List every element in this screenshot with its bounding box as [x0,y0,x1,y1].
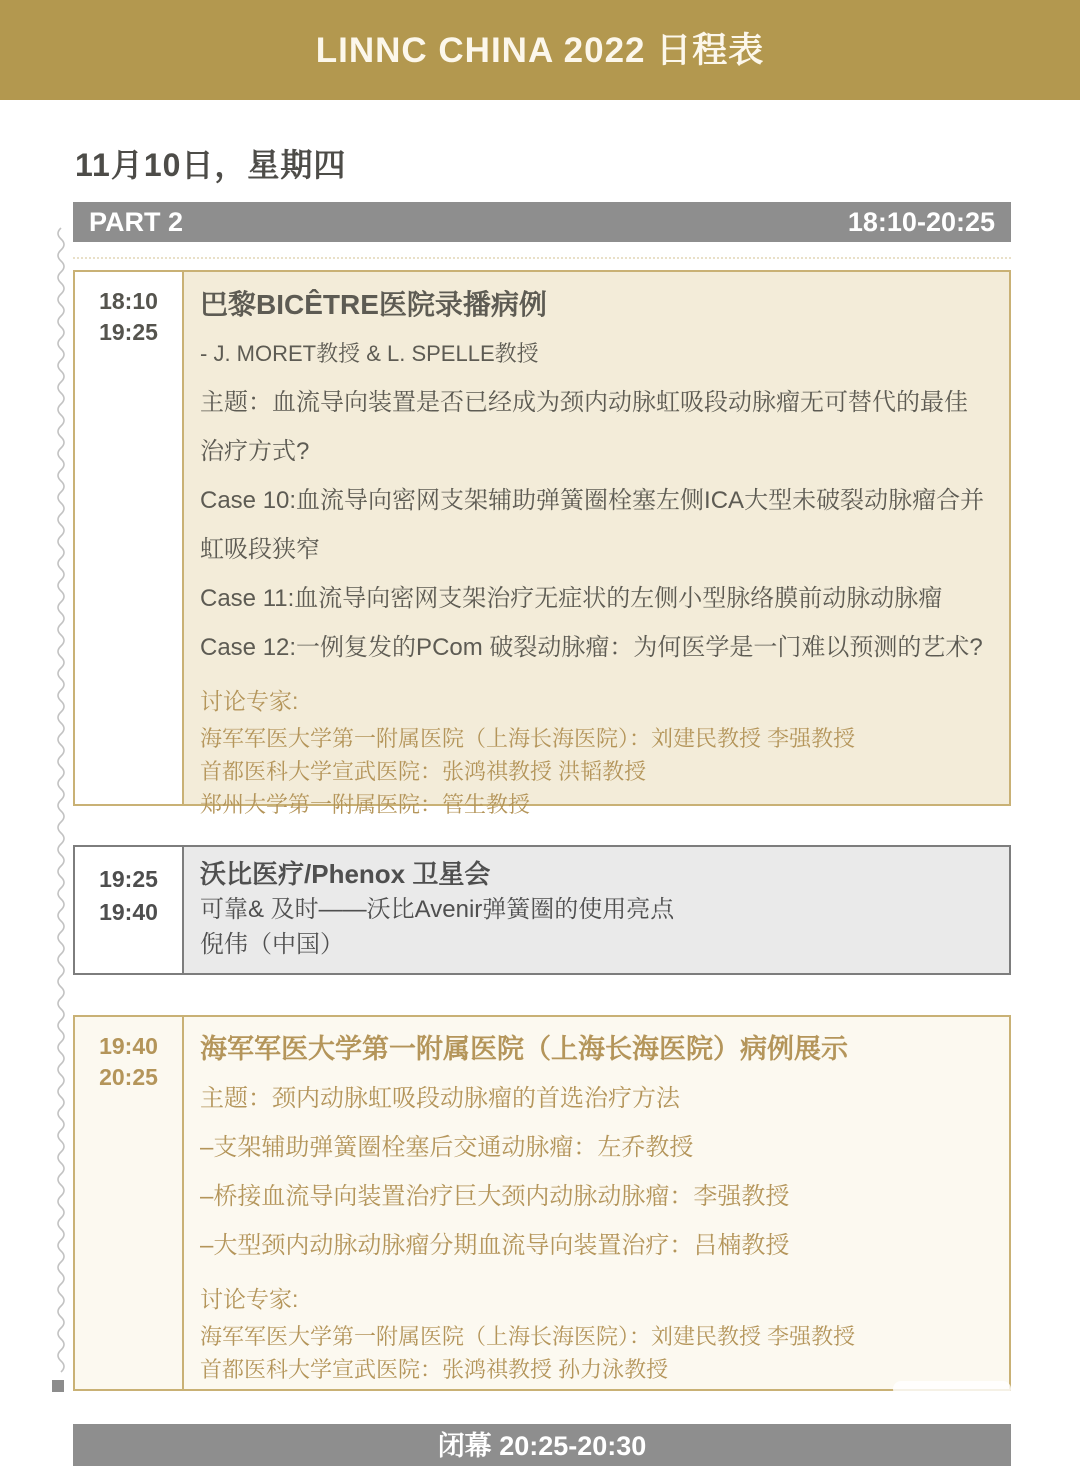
squiggle-end-square [52,1380,64,1392]
session-line-body: –桥接血流导向装置治疗巨大颈内动脉动脉瘤：李强教授 [200,1172,989,1221]
session-line-experts-label: 讨论专家: [200,680,989,722]
session-line-title: 沃比医疗/Phenox 卫星会 [200,857,989,892]
part-time-range: 18:10-20:25 [848,207,995,238]
session-line-expert: 首都医科大学宣武医院：张鸿祺教授 洪韬教授 [200,755,989,788]
session-line-body: Case 10:血流导向密网支架辅助弹簧圈栓塞左侧ICA大型未破裂动脉瘤合并虹吸… [200,476,989,574]
session-end-time: 19:40 [75,896,182,929]
session-content: 海军军医大学第一附属医院（上海长海医院）病例展示主题：颈内动脉虹吸段动脉瘤的首选… [182,1017,1009,1389]
session-content: 巴黎BICÊTRE医院录播病例- J. MORET教授 & L. SPELLE教… [182,272,1009,804]
session-time-column: 18:1019:25 [75,272,182,804]
session-time-column: 19:2519:40 [75,847,182,973]
session-line-body: –支架辅助弹簧圈栓塞后交通动脉瘤：左乔教授 [200,1123,989,1172]
session-start-time: 19:25 [75,863,182,896]
session-end-time: 19:25 [75,317,182,348]
dashed-separator [73,257,1011,259]
part-bar: PART 2 18:10-20:25 [73,202,1011,242]
session-line-body: 倪伟（中国） [200,927,989,962]
closing-bar: 闭幕 20:25-20:30 [73,1424,1011,1466]
session-line-body: 主题：血流导向装置是否已经成为颈内动脉虹吸段动脉瘤无可替代的最佳治疗方式? [200,378,989,476]
schedule-page: LINNC CHINA 2022 日程表 11月10日，星期四 PART 2 1… [0,0,1080,1466]
session-end-time: 20:25 [75,1062,182,1093]
session-line-expert: 郑州大学第一附属医院：管生教授 [200,788,989,821]
session-start-time: 19:40 [75,1031,182,1062]
squiggle-path [58,228,64,1372]
date-heading: 11月10日，星期四 [75,140,346,186]
session-line-body: Case 11:血流导向密网支架治疗无症状的左侧小型脉络膜前动脉动脉瘤 [200,574,989,623]
session-line-expert: 海军军医大学第一附属医院（上海长海医院）：刘建民教授 李强教授 [200,722,989,755]
header-banner: LINNC CHINA 2022 日程表 [0,0,1080,100]
session-time-column: 19:4020:25 [75,1017,182,1389]
session-start-time: 18:10 [75,286,182,317]
session-line-expert: 首都医科大学宣武医院：张鸿祺教授 孙力泳教授 [200,1353,989,1386]
timeline-squiggle-decoration [48,222,74,1402]
session-line-expert: 海军军医大学第一附属医院（上海长海医院）：刘建民教授 李强教授 [200,1320,989,1353]
session-line-body: Case 12:一例复发的PCom 破裂动脉瘤：为何医学是一门难以预测的艺术? [200,623,989,672]
session-block: 18:1019:25巴黎BICÊTRE医院录播病例- J. MORET教授 & … [73,270,1011,806]
session-line-experts-label: 讨论专家: [200,1278,989,1320]
session-line-body: –大型颈内动脉动脉瘤分期血流导向装置治疗：吕楠教授 [200,1221,989,1270]
session-line-title: 巴黎BICÊTRE医院录播病例 [200,280,989,329]
session-line-body: 可靠& 及时——沃比Avenir弹簧圈的使用亮点 [200,892,989,927]
part-label: PART 2 [89,207,183,238]
watermark-smudge [893,1381,1011,1397]
session-line-body: 主题：颈内动脉虹吸段动脉瘤的首选治疗方法 [200,1074,989,1123]
session-line-title: 海军军医大学第一附属医院（上海长海医院）病例展示 [200,1025,989,1074]
session-block: 19:2519:40沃比医疗/Phenox 卫星会可靠& 及时——沃比Aveni… [73,845,1011,975]
page-title: LINNC CHINA 2022 日程表 [0,0,1080,100]
session-content: 沃比医疗/Phenox 卫星会可靠& 及时——沃比Avenir弹簧圈的使用亮点倪… [182,847,1009,973]
session-block: 19:4020:25海军军医大学第一附属医院（上海长海医院）病例展示主题：颈内动… [73,1015,1011,1391]
session-line-speaker: - J. MORET教授 & L. SPELLE教授 [200,329,989,378]
